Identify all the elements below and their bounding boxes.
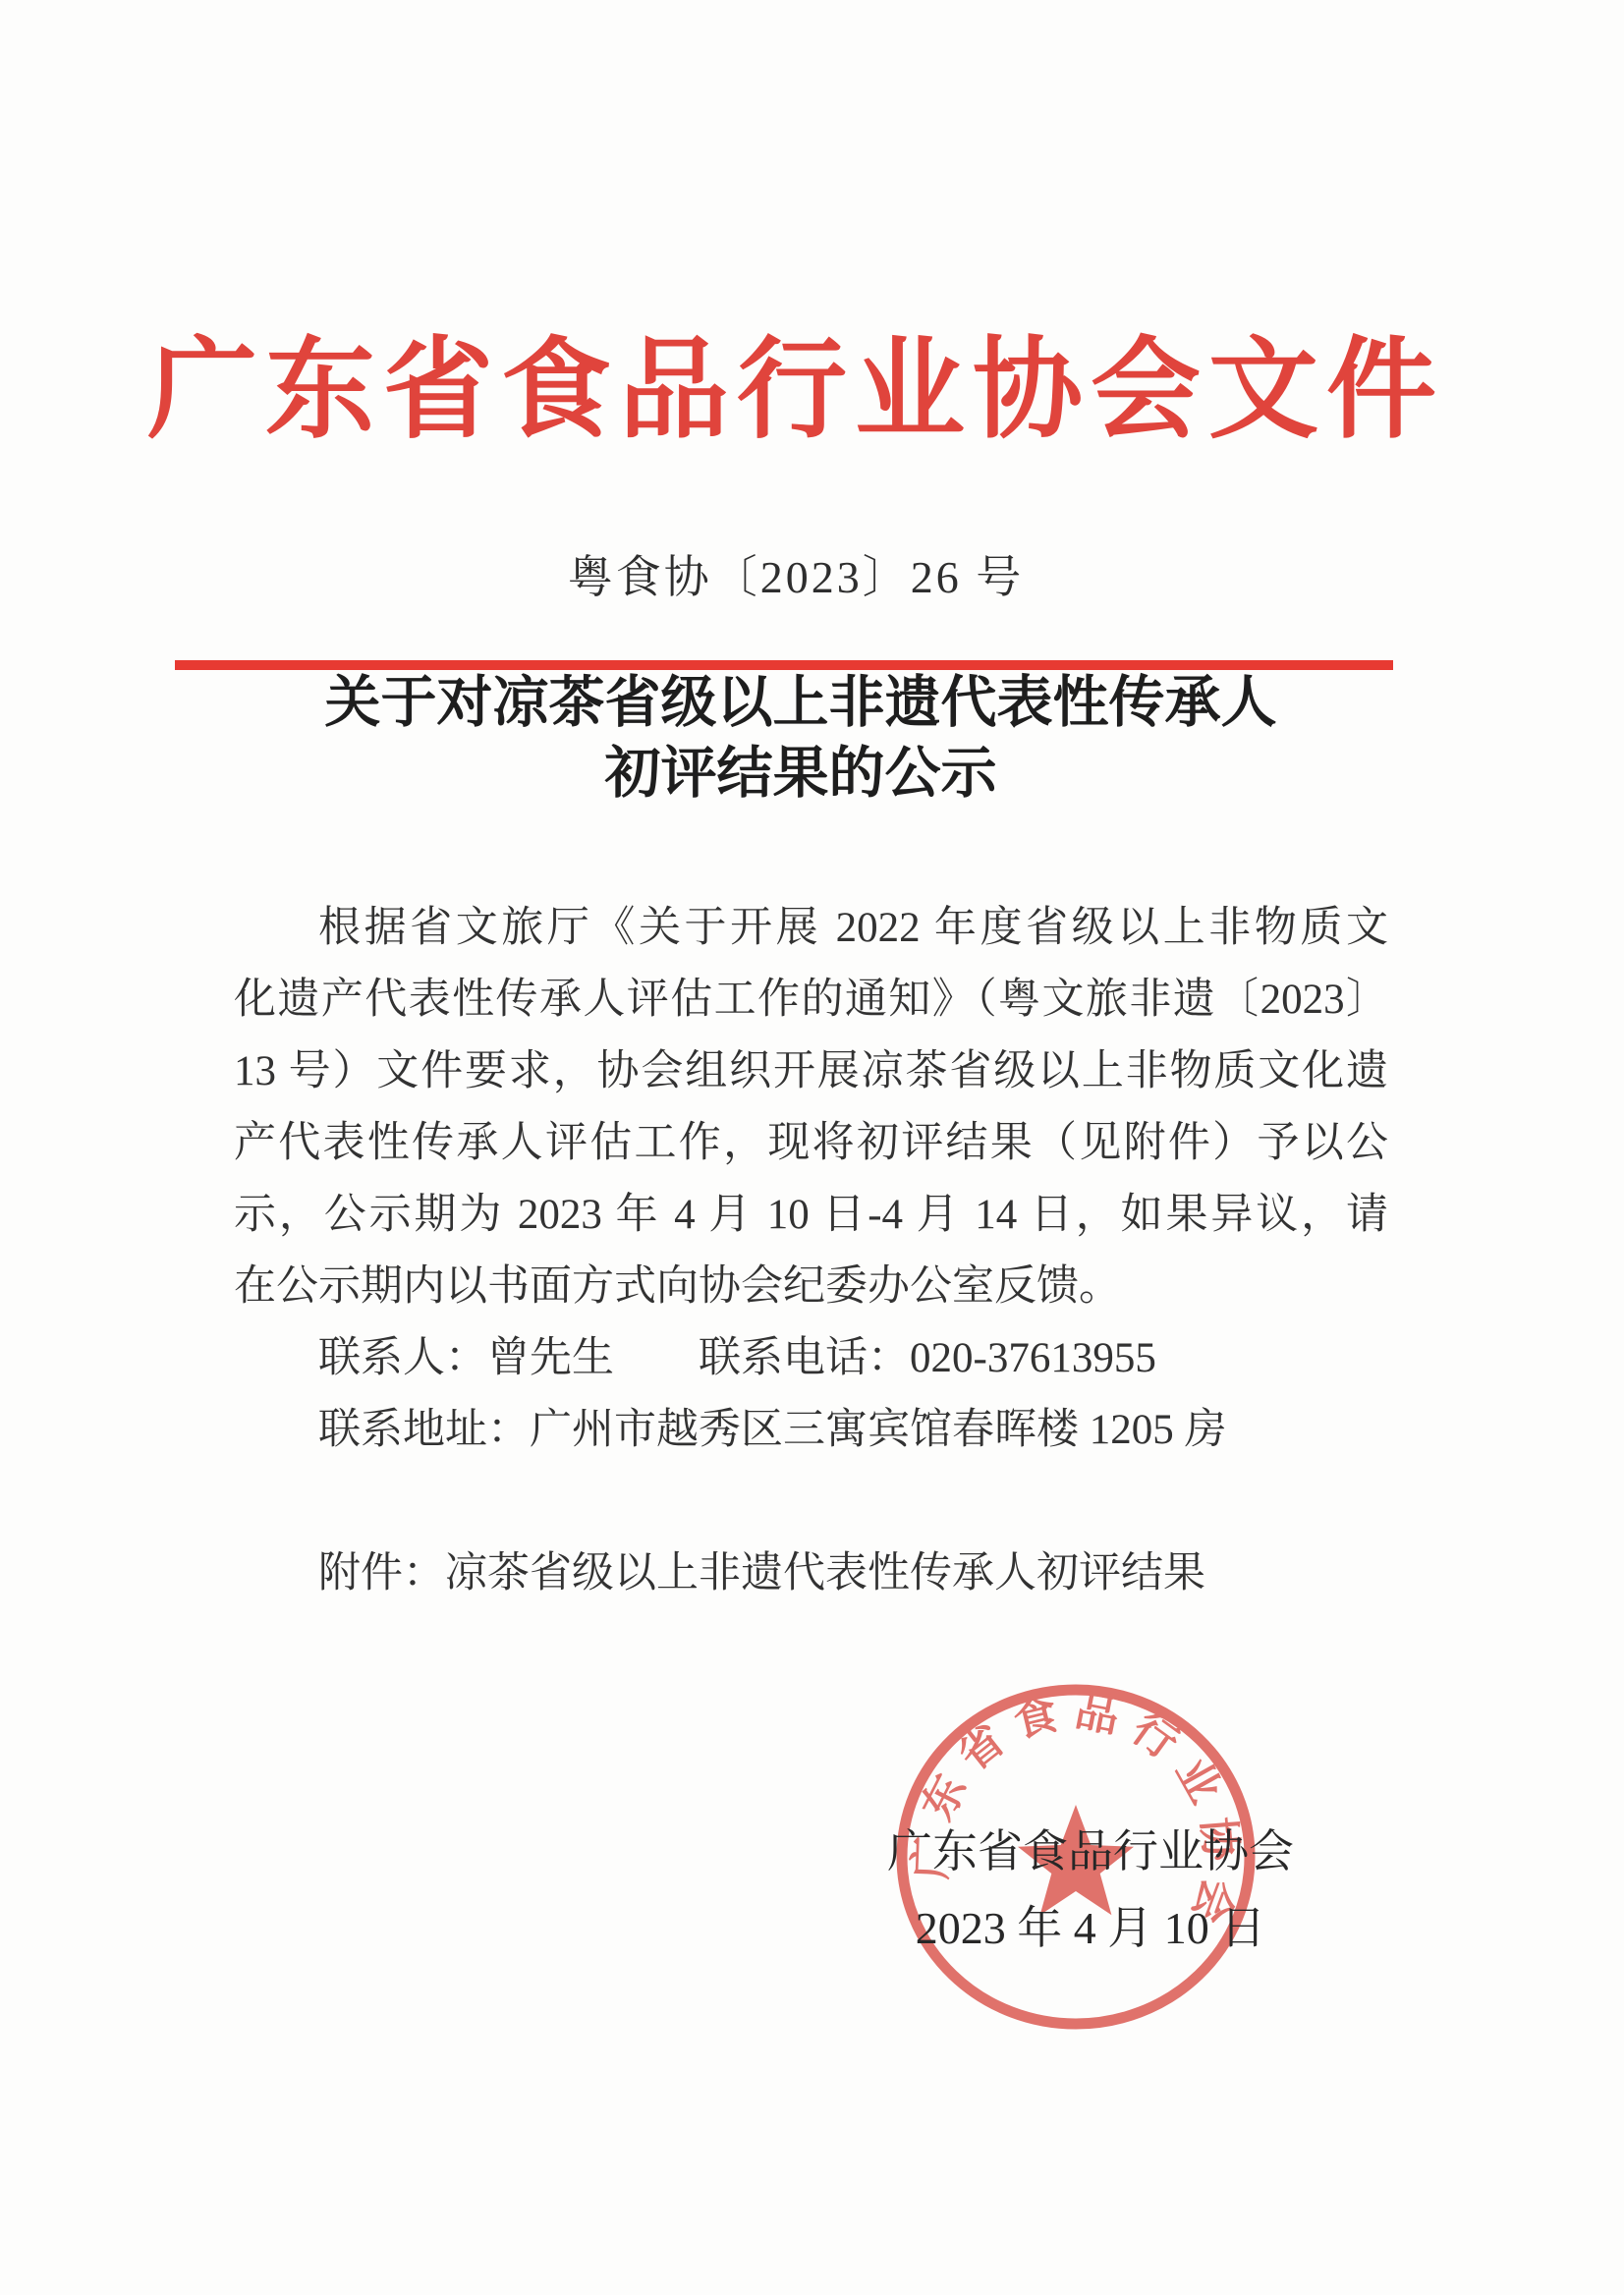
body-line: 在公示期内以书面方式向协会纪委办公室反馈。 — [234, 1251, 1388, 1322]
contact-person-line: 联系人：曾先生 联系电话：020-37613955 — [234, 1322, 1388, 1394]
contact-address-line: 联系地址：广州市越秀区三寓宾馆春晖楼 1205 房 — [234, 1394, 1388, 1466]
signature-block: 广东省食品行业协会 2023 年 4 月 10 日 — [874, 1814, 1307, 1967]
body-paragraph: 根据省文旅厅《关于开展 2022 年度省级以上非物质文 化遗产代表性传承人评估工… — [234, 892, 1388, 1609]
document-title-line2: 初评结果的公示 — [0, 739, 1601, 810]
signature-org: 广东省食品行业协会 — [874, 1814, 1307, 1890]
attachment-line: 附件：凉茶省级以上非遗代表性传承人初评结果 — [234, 1538, 1388, 1609]
body-line: 根据省文旅厅《关于开展 2022 年度省级以上非物质文 — [234, 892, 1388, 964]
document-number: 粤食协〔2023〕26 号 — [0, 546, 1592, 609]
signature-date: 2023 年 4 月 10 日 — [874, 1890, 1307, 1967]
body-line: 13 号）文件要求，协会组织开展凉茶省级以上非物质文化遗 — [234, 1036, 1388, 1107]
document-title-line1: 关于对凉茶省级以上非遗代表性传承人 — [0, 668, 1601, 739]
body-line: 产代表性传承人评估工作，现将初评结果（见附件）予以公 — [234, 1107, 1388, 1179]
body-line: 示，公示期为 2023 年 4 月 10 日-4 月 14 日，如果异议，请 — [234, 1179, 1388, 1251]
document-page: 广东省食品行业协会文件 粤食协〔2023〕26 号 关于对凉茶省级以上非遗代表性… — [0, 0, 1624, 2295]
blank-line — [234, 1466, 1388, 1538]
document-title: 关于对凉茶省级以上非遗代表性传承人 初评结果的公示 — [0, 668, 1601, 810]
body-line: 化遗产代表性传承人评估工作的通知》（粤文旅非遗〔2023〕 — [234, 964, 1388, 1036]
letterhead-title: 广东省食品行业协会文件 — [0, 326, 1592, 456]
